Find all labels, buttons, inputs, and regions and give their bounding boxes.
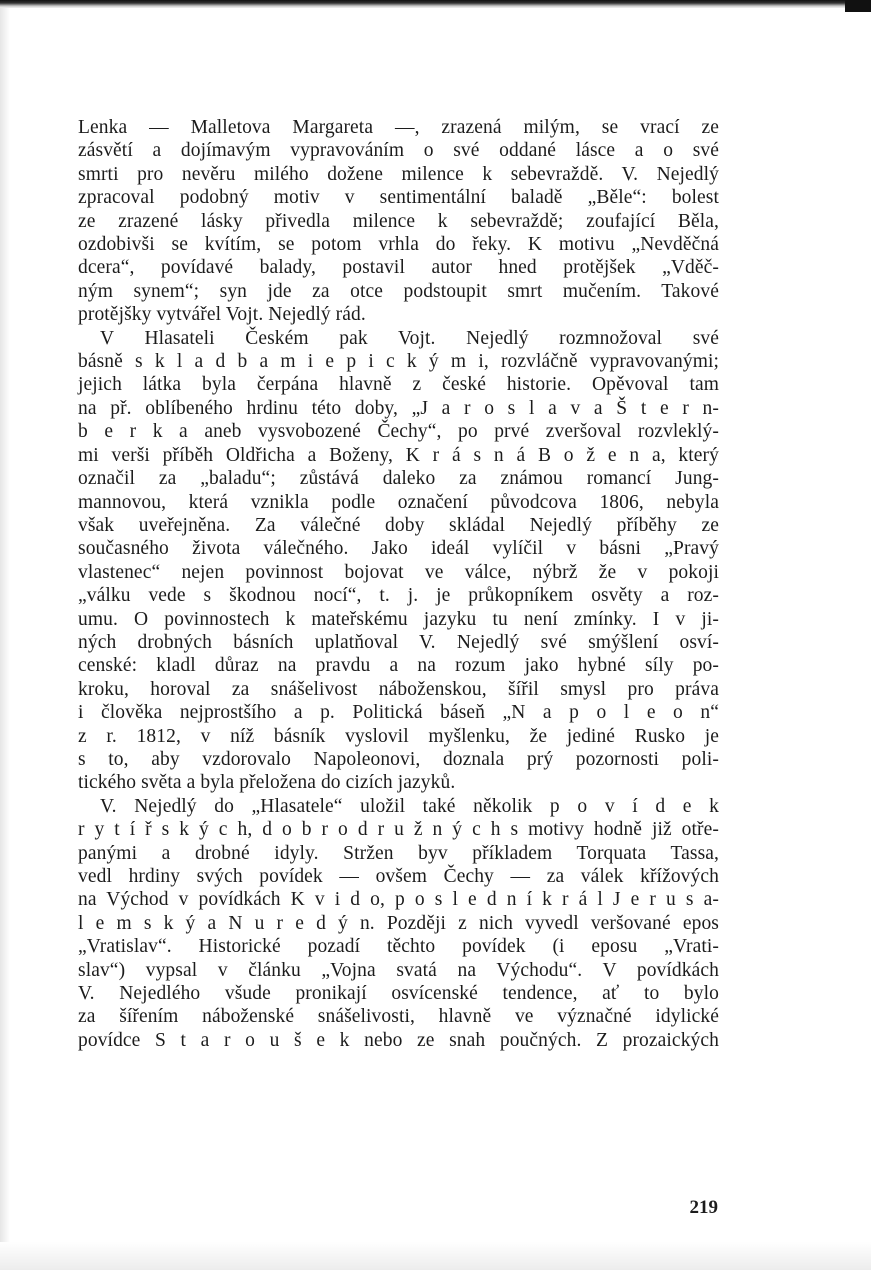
text-line: ných drobných básních uplatňoval V. Neje… [78, 631, 719, 654]
text-line: z r. 1812, v níž básník vyslovil myšlenk… [78, 725, 719, 748]
page-body-text: Lenka — Malletova Margareta —, zrazená m… [78, 116, 719, 1052]
text-line-paragraph-start: V. Nejedlý do „Hlasatele“ uložil také ně… [78, 795, 719, 818]
scan-edge-bottom [0, 1242, 871, 1270]
page-number: 219 [690, 1196, 719, 1220]
text-line: označil za „baladu“; zůstává daleko za z… [78, 467, 719, 490]
text-line: zásvětí a dojímavým vypravováním o své o… [78, 139, 719, 162]
text-line: b e r k a aneb vysvobozené Čechy“, po pr… [78, 420, 719, 443]
text-line: slav“) vypsal v článku „Vojna svatá na V… [78, 959, 719, 982]
text-line: za šířením náboženské snášelivosti, hlav… [78, 1005, 719, 1028]
text-line: zpracoval podobný motiv v sentimentální … [78, 186, 719, 209]
text-line: kroku, horoval za snášelivost nábožensko… [78, 678, 719, 701]
scan-edge-left [0, 8, 10, 1270]
text-line: i člověka nejprostšího a p. Politická bá… [78, 701, 719, 724]
text-line: ozdobivši se kvítím, se potom vrhla do ř… [78, 233, 719, 256]
text-line: l e m s k ý a N u r e d ý n. Později z n… [78, 912, 719, 935]
text-line: ným synem“; syn jde za otce podstoupit s… [78, 280, 719, 303]
text-line: povídce S t a r o u š e k nebo ze snah p… [78, 1029, 719, 1052]
text-line: protějšky vytvářel Vojt. Nejedlý rád. [78, 303, 719, 326]
text-line: na př. oblíbeného hrdinu této doby, „J a… [78, 397, 719, 420]
text-line: r y t í ř s k ý c h, d o b r o d r u ž n… [78, 818, 719, 841]
text-line: V. Nejedlého všude pronikají osvícenské … [78, 982, 719, 1005]
scan-edge-top [0, 0, 871, 8]
text-line: Lenka — Malletova Margareta —, zrazená m… [78, 116, 719, 139]
text-line: „Vratislav“. Historické pozadí těchto po… [78, 935, 719, 958]
text-line: smrti pro nevěru milého dožene milence k… [78, 163, 719, 186]
text-line: censké: kladl důraz na pravdu a na rozum… [78, 654, 719, 677]
text-line: básně s k l a d b a m i e p i c k ý m i,… [78, 350, 719, 373]
text-line: panými a drobné idyly. Stržen byv příkla… [78, 842, 719, 865]
text-line: vlastenec“ nejen povinnost bojovat ve vá… [78, 561, 719, 584]
text-line: „válku vede s škodnou nocí“, t. j. je pr… [78, 584, 719, 607]
text-line: tického světa a byla přeložena do cizích… [78, 771, 719, 794]
text-line: s to, aby vzdorovalo Napoleonovi, doznal… [78, 748, 719, 771]
text-line: umu. O povinnostech k mateřskému jazyku … [78, 608, 719, 631]
text-line: mannovou, která vznikla podle označení p… [78, 491, 719, 514]
text-line: současného života válečného. Jako ideál … [78, 537, 719, 560]
text-line: na Východ v povídkách K v i d o, p o s l… [78, 888, 719, 911]
text-line: jejich látka byla čerpána hlavně z české… [78, 373, 719, 396]
text-line: dcera“, povídavé balady, postavil autor … [78, 256, 719, 279]
scan-edge-corner [845, 0, 871, 12]
text-line: ze zrazené lásky přivedla milence k sebe… [78, 210, 719, 233]
text-line: mi verši příběh Oldřicha a Boženy, K r á… [78, 444, 719, 467]
text-line: vedl hrdiny svých povídek — ovšem Čechy … [78, 865, 719, 888]
text-line-paragraph-start: V Hlasateli Českém pak Vojt. Nejedlý roz… [78, 327, 719, 350]
text-line: však uveřejněna. Za válečné doby skládal… [78, 514, 719, 537]
